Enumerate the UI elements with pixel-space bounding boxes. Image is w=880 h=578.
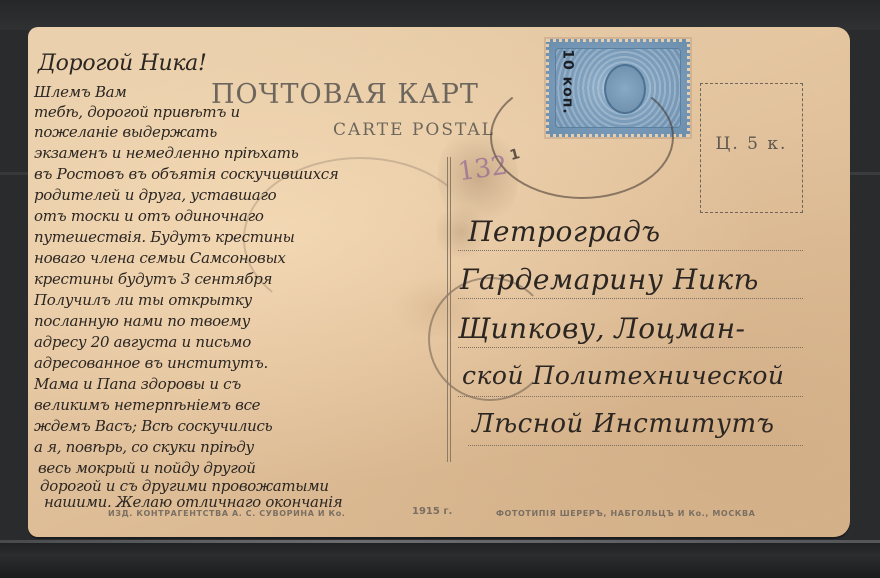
message-line: адресованное въ институтъ.: [34, 354, 268, 372]
message-line: посланную нами по твоему: [34, 312, 250, 330]
address-institution: Лѣсной Институтъ: [472, 409, 774, 439]
address-line-text: Щипкову, Лоцман-: [458, 312, 746, 345]
message-line: Шлемъ Вам: [34, 83, 126, 101]
postcard: ПОЧТОВАЯ КАРТ CARTE POSTAL 10 коп. Ц. 5 …: [28, 27, 850, 537]
message-line: Мама и Папа здоровы и съ: [34, 375, 241, 393]
message-line: весь мокрый и пойду другой: [38, 459, 256, 477]
address-line-text: ской Политехнической: [462, 361, 785, 390]
address-line: [458, 298, 803, 299]
message-line: адресу 20 августа и письмо: [34, 333, 251, 351]
printer-imprint: ФОТОТИПІЯ ШЕРЕРЪ, НАБГОЛЬЦЪ И Ко., МОСКВ…: [496, 509, 755, 518]
message-line: великимъ нетерпѣніемъ все: [34, 396, 260, 414]
address-line: [458, 250, 803, 251]
message-line: путешествія. Будутъ крестины: [34, 228, 295, 246]
message-line: крестины будутъ 3 сентября: [34, 270, 272, 288]
stamp-placement-box: Ц. 5 к.: [700, 83, 803, 213]
message-line: ждемъ Васъ; Всѣ соскучились: [34, 417, 272, 435]
message-line: Получилъ ли ты открытку: [34, 291, 252, 309]
background-bottom: [0, 540, 880, 578]
postcard-title-russian: ПОЧТОВАЯ КАРТ: [211, 79, 479, 110]
publisher-imprint: ИЗД. КОНТРАГЕНТСТВА А. С. СУВОРИНА И Ко.: [108, 509, 345, 518]
address-city: Петроградъ: [468, 215, 661, 248]
address-line: [468, 445, 803, 446]
stamp-price-label: Ц. 5 к.: [701, 134, 802, 154]
postcard-title-french: CARTE POSTAL: [333, 120, 495, 140]
postmark-circle: [490, 75, 674, 199]
message-line: экзаменъ и немедленно пріѣхать: [34, 144, 299, 162]
background-top: [0, 0, 880, 30]
message-line: пожеланіе выдержать: [34, 123, 217, 141]
message-line: въ Ростовъ въ объятія соскучившихся: [34, 165, 338, 183]
message-line: а я, повѣрь, со скуки пріѣду: [34, 438, 254, 456]
address-recipient: Гардемарину Никѣ: [460, 263, 759, 296]
address-line: [458, 347, 803, 348]
message-line: новаго члена семьи Самсоновых: [34, 249, 286, 267]
message-line: родителей и друга, уставшаго: [34, 186, 276, 204]
print-year: 1915 г.: [412, 506, 452, 517]
address-line: [458, 396, 803, 397]
message-line: отъ тоски и отъ одиночнаго: [34, 207, 264, 225]
message-line: тебѣ, дорогой привѣтъ и: [34, 103, 240, 121]
sleeve-edge: [0, 540, 880, 543]
card-divider-line: [447, 157, 451, 462]
message-greeting: Дорогой Ника!: [38, 51, 207, 76]
